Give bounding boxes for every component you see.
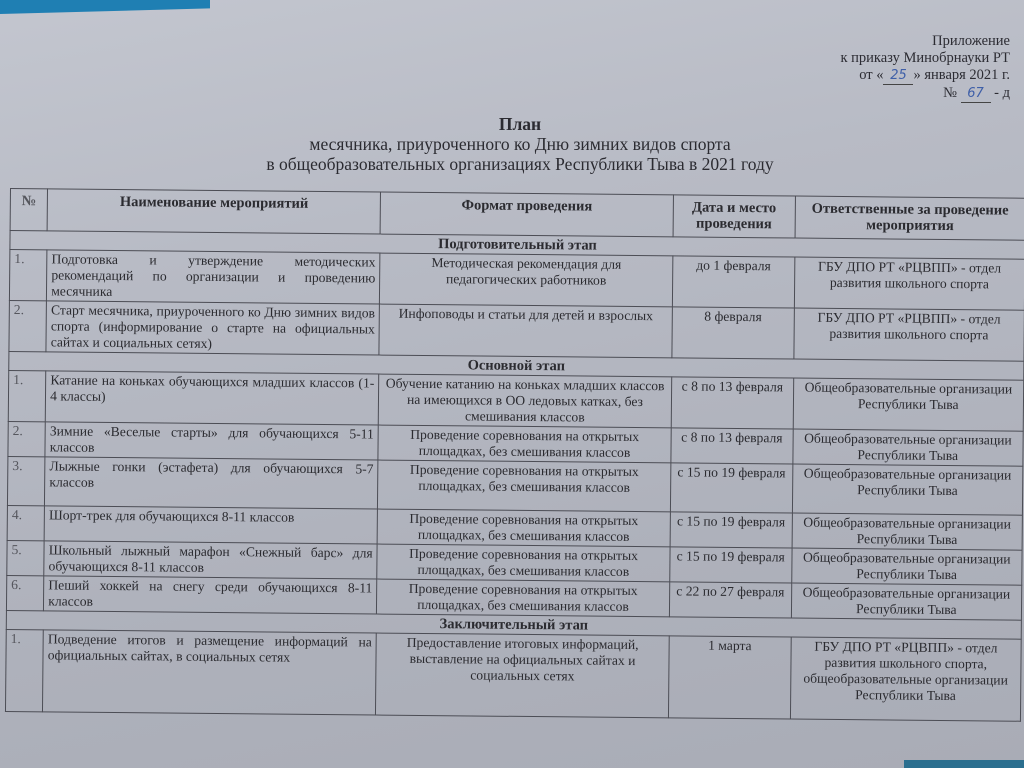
cell-number: 4. bbox=[7, 505, 45, 540]
title-line-2: месячника, приуроченного ко Дню зимних в… bbox=[240, 134, 800, 154]
cell-event-name: Катание на коньках обучающихся младших к… bbox=[45, 371, 378, 425]
date-suffix: » января 2021 г. bbox=[913, 67, 1010, 83]
cell-format: Инфоповоды и статьи для детей и взрослых bbox=[379, 304, 672, 358]
cell-responsible: Общеобразовательные организации Республи… bbox=[792, 429, 1023, 466]
cell-format: Проведение соревнования на открытых площ… bbox=[377, 579, 670, 617]
cell-event-name: Зимние «Веселые старты» для обучающихся … bbox=[45, 422, 378, 460]
cell-number: 2. bbox=[8, 421, 46, 456]
header-event-name: Наименование мероприятий bbox=[47, 189, 380, 234]
cell-date: с 22 по 27 февраля bbox=[669, 582, 791, 618]
cell-responsible: Общеобразовательные организации Республи… bbox=[792, 464, 1023, 515]
cell-format: Методическая рекомендация для педагогиче… bbox=[380, 253, 673, 307]
cell-event-name: Подготовка и утверждение методических ре… bbox=[47, 250, 380, 304]
table-row: 1.Подведение итогов и размещение информа… bbox=[5, 629, 1021, 721]
header-date-place: Дата и место проведения bbox=[673, 195, 795, 238]
approval-stamp: Приложение к приказу Минобрнауки РТ от «… bbox=[840, 33, 1010, 103]
handwritten-number: 67 bbox=[961, 85, 991, 103]
cell-responsible: Общеобразовательные организации Республи… bbox=[791, 548, 1022, 585]
cell-date: с 15 по 19 февраля bbox=[670, 463, 792, 513]
cell-date: с 15 по 19 февраля bbox=[670, 547, 792, 583]
plan-table-body: Подготовительный этап1.Подготовка и утве… bbox=[5, 231, 1024, 722]
cell-format: Предоставление итоговых информаций, выст… bbox=[376, 633, 669, 718]
cell-format: Обучение катанию на коньках младших клас… bbox=[378, 374, 671, 428]
number-sign: № bbox=[943, 85, 957, 101]
title-main: План bbox=[240, 114, 800, 134]
background-corner bbox=[904, 760, 1024, 768]
cell-responsible: Общеобразовательные организации Республи… bbox=[791, 583, 1022, 620]
cell-responsible: ГБУ ДПО РТ «РЦВПП» - отдел развития школ… bbox=[794, 308, 1024, 361]
cell-format: Проведение соревнования на открытых площ… bbox=[377, 509, 670, 547]
cell-format: Проведение соревнования на открытых площ… bbox=[377, 544, 670, 582]
cell-number: 1. bbox=[5, 629, 43, 711]
cell-event-name: Лыжные гонки (эстафета) для обучающихся … bbox=[45, 457, 378, 509]
title-line-3: в общеобразовательных организациях Респу… bbox=[240, 154, 800, 174]
cell-number: 1. bbox=[8, 370, 46, 421]
cell-format: Проведение соревнования на открытых площ… bbox=[378, 460, 671, 512]
header-responsible: Ответственные за проведение мероприятия bbox=[795, 196, 1024, 240]
cell-number: 6. bbox=[6, 575, 44, 610]
cell-responsible: ГБУ ДПО РТ «РЦВПП» - отдел развития школ… bbox=[794, 257, 1024, 310]
cell-number: 1. bbox=[9, 250, 47, 301]
cell-event-name: Шорт-трек для обучающихся 8-11 классов bbox=[44, 506, 377, 544]
cell-number: 2. bbox=[9, 300, 47, 351]
document-photo: Приложение к приказу Минобрнауки РТ от «… bbox=[0, 0, 1024, 768]
approval-date: от «25» января 2021 г. bbox=[840, 67, 1010, 85]
cell-date: до 1 февраля bbox=[672, 256, 794, 308]
approval-number: № 67 - д bbox=[840, 85, 1010, 103]
background-edge bbox=[0, 0, 210, 14]
approval-line-2: к приказу Минобрнауки РТ bbox=[840, 50, 1010, 67]
cell-responsible: Общеобразовательные организации Республи… bbox=[793, 378, 1024, 431]
cell-event-name: Школьный лыжный марафон «Снежный барс» д… bbox=[44, 541, 377, 579]
plan-table: № Наименование мероприятий Формат провед… bbox=[5, 188, 1024, 722]
approval-line-1: Приложение bbox=[840, 33, 1010, 50]
cell-date: с 8 по 13 февраля bbox=[671, 377, 793, 429]
number-suffix: - д bbox=[994, 85, 1010, 101]
header-format: Формат проведения bbox=[380, 192, 673, 237]
cell-responsible: Общеобразовательные организации Республи… bbox=[792, 513, 1023, 550]
cell-responsible: ГБУ ДПО РТ «РЦВПП» - отдел развития школ… bbox=[790, 637, 1021, 721]
cell-event-name: Старт месячника, приуроченного ко Дню зи… bbox=[46, 301, 379, 355]
handwritten-day: 25 bbox=[883, 67, 913, 85]
cell-number: 3. bbox=[7, 456, 45, 505]
header-number: № bbox=[10, 189, 48, 231]
cell-event-name: Подведение итогов и размещение информаци… bbox=[43, 630, 377, 715]
cell-number: 5. bbox=[7, 540, 45, 575]
cell-date: 1 марта bbox=[668, 636, 791, 719]
date-prefix: от « bbox=[859, 67, 883, 83]
cell-date: 8 февраля bbox=[672, 307, 794, 359]
cell-event-name: Пеший хоккей на снегу среди обучающихся … bbox=[44, 576, 377, 614]
cell-format: Проведение соревнования на открытых площ… bbox=[378, 425, 671, 463]
cell-date: с 8 по 13 февраля bbox=[671, 428, 793, 464]
cell-date: с 15 по 19 февраля bbox=[670, 512, 792, 548]
document-title: План месячника, приуроченного ко Дню зим… bbox=[240, 114, 800, 174]
